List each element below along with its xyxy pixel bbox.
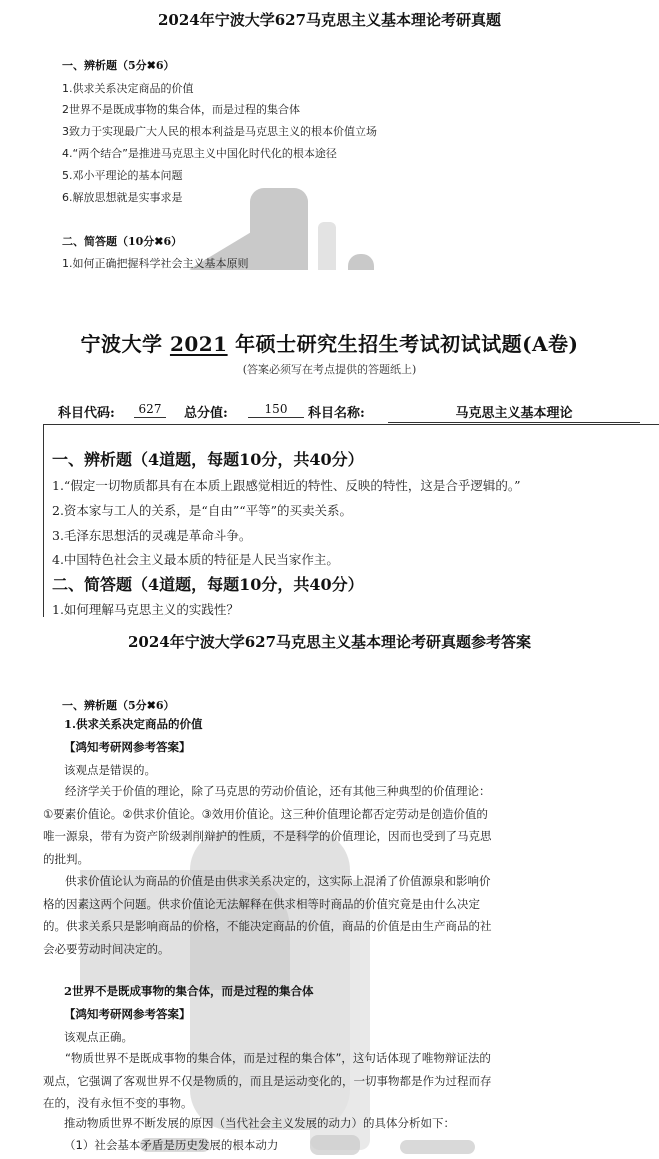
exam-2021-item: 3.毛泽东思想活的灵魂是革命斗争。 (52, 526, 251, 544)
exam-2021-title: 宁波大学 2021 年硕士研究生招生考试初试试题(A卷) (0, 328, 659, 357)
title-prefix: 宁波大学 (80, 332, 162, 356)
title-year: 2021 (170, 332, 228, 356)
exam-2024-section1-heading: 一、辨析题（5分✖6） (62, 57, 175, 73)
answer-paragraph: “物质世界不是既成事物的集合体，而是过程的集合体”，这句话体现了唯物辩证法的观点… (43, 1047, 493, 1115)
title-suffix: 年硕士研究生招生考试初试试题(A卷) (235, 332, 578, 356)
answer-question-1: 1.供求关系决定商品的价值 (64, 716, 203, 732)
subject-code-label: 科目代码: (58, 402, 115, 421)
answer-paragraph: 供求价值论认为商品的价值是由供求关系决定的，这实际上混淆了价值源泉和影响价格的因… (43, 870, 493, 960)
answer-point: （1）社会基本矛盾是历史发展的根本动力 (64, 1137, 278, 1153)
answer-verdict: 该观点是错误的。 (64, 762, 156, 778)
answer-sheet-note: (答案必须写在考点提供的答题纸上) (0, 361, 659, 377)
exam-2024-item: 4.“两个结合”是推进马克思主义中国化时代化的根本途径 (62, 145, 337, 161)
total-score-value: 150 (248, 402, 304, 418)
exam-2024-item: 1.供求关系决定商品的价值 (62, 80, 194, 96)
exam-2021-section2-heading: 二、简答题（4道题，每题10分，共40分） (52, 572, 364, 595)
subject-name-label: 科目名称: (308, 402, 365, 421)
answer-question-2: 2世界不是既成事物的集合体，而是过程的集合体 (64, 983, 314, 999)
exam-2024-item: 2世界不是既成事物的集合体，而是过程的集合体 (62, 101, 300, 117)
exam-2021-item: 4.中国特色社会主义最本质的特征是人民当家作主。 (52, 550, 339, 568)
exam-2024-item: 3致力于实现最广大人民的根本利益是马克思主义的根本价值立场 (62, 123, 377, 139)
answer-source-tag: 【鸿知考研网参考答案】 (64, 739, 191, 755)
exam-2021-item: 1.如何理解马克思主义的实践性？ (52, 600, 239, 618)
exam-2021-item: 1.“假定一切物质都具有在本质上跟感觉相近的特性、反映的特性，这是合乎逻辑的。” (52, 476, 520, 494)
exam-2024-item: 1.如何正确把握科学社会主义基本原则 (62, 255, 249, 271)
exam-2024-item: 6.解放思想就是实事求是 (62, 189, 183, 205)
answer-paragraph: 推动物质世界不断发展的原因（当代社会主义发展的动力）的具体分析如下： (64, 1115, 455, 1131)
answer-paragraph: 经济学关于价值的理论，除了马克思的劳动价值论，还有其他三种典型的价值理论：①要素… (43, 780, 493, 870)
answer-source-tag: 【鸿知考研网参考答案】 (64, 1006, 191, 1022)
exam-2024-title: 2024年宁波大学627马克思主义基本理论考研真题 (0, 9, 659, 30)
answers-section-heading: 一、辨析题（5分✖6） (62, 697, 175, 713)
answer-verdict: 该观点正确。 (64, 1029, 133, 1045)
exam-2024-section2-heading: 二、简答题（10分✖6） (62, 233, 182, 249)
exam-2021-section1-heading: 一、辨析题（4道题，每题10分，共40分） (52, 447, 364, 470)
subject-code-value: 627 (134, 402, 166, 418)
total-score-label: 总分值: (184, 402, 228, 421)
exam-2024-item: 5.邓小平理论的基本问题 (62, 167, 183, 183)
subject-name-value: 马克思主义基本理论 (388, 402, 640, 423)
exam-2021-item: 2.资本家与工人的关系，是“自由”“平等”的买卖关系。 (52, 501, 352, 519)
answers-title: 2024年宁波大学627马克思主义基本理论考研真题参考答案 (0, 631, 659, 652)
